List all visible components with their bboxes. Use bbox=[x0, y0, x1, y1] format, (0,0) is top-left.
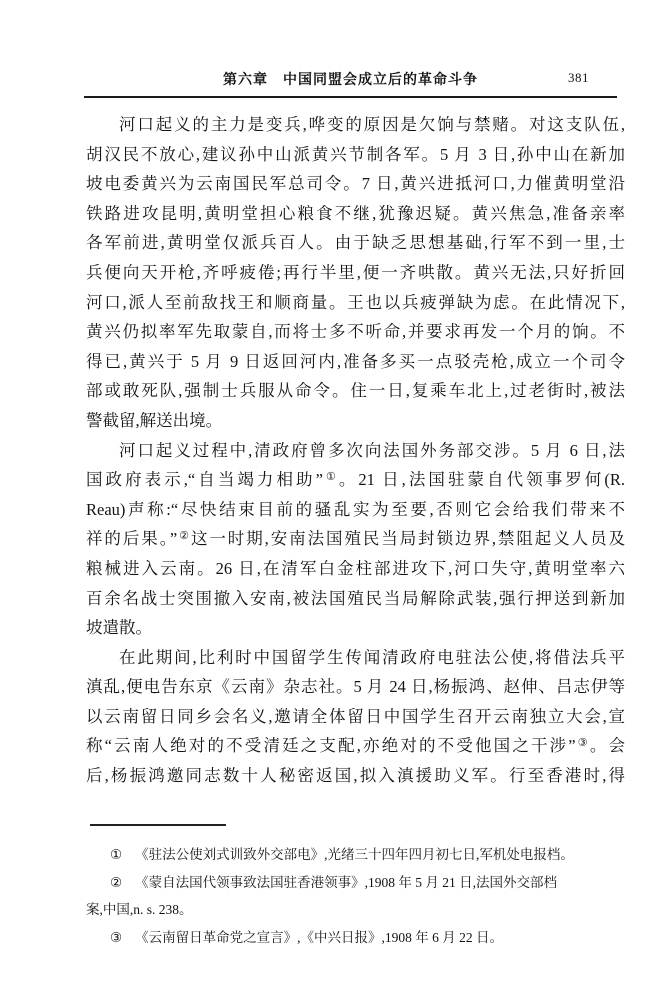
footnote-line: ③《云南留日革命党之宣言》,《中兴日报》,1908 年 6 月 22 日。 bbox=[86, 924, 625, 952]
text-line: 各军前进,黄明堂仅派兵百人。由于缺乏思想基础,行军不到一里,士 bbox=[86, 228, 625, 258]
page-number: 381 bbox=[568, 70, 589, 86]
text-line: 祥的后果。”②这一时期,安南法国殖民当局封锁边界,禁阻起义人员及 bbox=[86, 524, 625, 554]
footnote-ref: ② bbox=[177, 530, 191, 542]
footnote-separator bbox=[90, 824, 226, 826]
text-line: 河口,派人至前敌找王和顺商量。王也以兵疲弹缺为虑。在此情况下, bbox=[86, 288, 625, 318]
footnote-text: 《蒙自法国代领事致法国驻香港领事》,1908 年 5 月 21 日,法国外交部档 bbox=[135, 875, 557, 890]
text-line: 后,杨振鸿邀同志数十人秘密返国,拟入滇援助义军。行至香港时,得 bbox=[86, 761, 625, 791]
text-line: 黄兴仍拟率军先取蒙自,而将士多不听命,并要求再发一个月的饷。不 bbox=[86, 317, 625, 347]
text-line: 胡汉民不放心,建议孙中山派黄兴节制各军。5 月 3 日,孙中山在新加 bbox=[86, 140, 625, 170]
footnote-marker: ② bbox=[110, 875, 122, 890]
text-line: 称“云南人绝对的不受清廷之支配,亦绝对的不受他国之干涉”③。会 bbox=[86, 731, 625, 761]
text-line: 铁路进攻昆明,黄明堂担心粮食不继,犹豫迟疑。黄兴焦急,准备亲率 bbox=[86, 199, 625, 229]
footnote-text: 《云南留日革命党之宣言》,《中兴日报》,1908 年 6 月 22 日。 bbox=[135, 930, 503, 945]
text-line: 百余名战士突围撤入安南,被法国殖民当局解除武装,强行押送到新加 bbox=[86, 584, 625, 614]
text-line: 坡遣散。 bbox=[86, 613, 625, 643]
text-line: Reau)声称:“尽快结束目前的骚乱实为至要,否则它会给我们带来不 bbox=[86, 495, 625, 525]
text-line: 部或敢死队,强制士兵服从命令。住一日,复乘车北上,过老街时,被法 bbox=[86, 376, 625, 406]
text-line: 滇乱,便电告东京《云南》杂志社。5 月 24 日,杨振鸿、赵伸、吕志伊等 bbox=[86, 672, 625, 702]
footnote-marker: ① bbox=[110, 847, 122, 862]
footnote-text: 《驻法公使刘式训致外交部电》,光绪三十四年四月初七日,军机处电报档。 bbox=[135, 847, 574, 862]
footnote-line: ①《驻法公使刘式训致外交部电》,光绪三十四年四月初七日,军机处电报档。 bbox=[86, 841, 625, 869]
footnote-marker: ③ bbox=[110, 930, 122, 945]
text-line: 河口起义过程中,清政府曾多次向法国外务部交涉。5 月 6 日,法 bbox=[86, 436, 625, 466]
text-line: 得已,黄兴于 5 月 9 日返回河内,准备多买一点驳壳枪,成立一个司令 bbox=[86, 347, 625, 377]
footnote-line: ②《蒙自法国代领事致法国驻香港领事》,1908 年 5 月 21 日,法国外交部… bbox=[86, 869, 625, 897]
footnote-ref: ① bbox=[323, 471, 339, 483]
text-line: 以云南留日同乡会名义,邀请全体留日中国学生召开云南独立大会,宣 bbox=[86, 702, 625, 732]
body-text: 河口起义的主力是变兵,哗变的原因是欠饷与禁赌。对这支队伍,胡汉民不放心,建议孙中… bbox=[86, 110, 625, 791]
text-line: 粮械进入云南。26 日,在清军白金柱部进攻下,河口失守,黄明堂率六 bbox=[86, 554, 625, 584]
book-page: 第六章 中国同盟会成立后的革命斗争 381 河口起义的主力是变兵,哗变的原因是欠… bbox=[0, 0, 652, 1000]
chapter-title: 第六章 中国同盟会成立后的革命斗争 bbox=[84, 69, 617, 89]
footnote-ref: ③ bbox=[576, 737, 590, 749]
text-line: 警截留,解送出境。 bbox=[86, 406, 625, 436]
footnotes: ①《驻法公使刘式训致外交部电》,光绪三十四年四月初七日,军机处电报档。②《蒙自法… bbox=[86, 841, 625, 951]
text-line: 在此期间,比利时中国留学生传闻清政府电驻法公使,将借法兵平 bbox=[86, 643, 625, 673]
footnote-line: 案,中国,n. s. 238。 bbox=[86, 896, 625, 924]
header-rule bbox=[84, 96, 617, 98]
text-line: 河口起义的主力是变兵,哗变的原因是欠饷与禁赌。对这支队伍, bbox=[86, 110, 625, 140]
text-line: 兵便向天开枪,齐呼疲倦;再行半里,便一齐哄散。黄兴无法,只好折回 bbox=[86, 258, 625, 288]
page-header: 第六章 中国同盟会成立后的革命斗争 381 bbox=[84, 69, 617, 89]
text-line: 坡电委黄兴为云南国民军总司令。7 日,黄兴进抵河口,力催黄明堂沿 bbox=[86, 169, 625, 199]
text-line: 国政府表示,“自当竭力相助”①。21 日,法国驻蒙自代领事罗何(R. bbox=[86, 465, 625, 495]
